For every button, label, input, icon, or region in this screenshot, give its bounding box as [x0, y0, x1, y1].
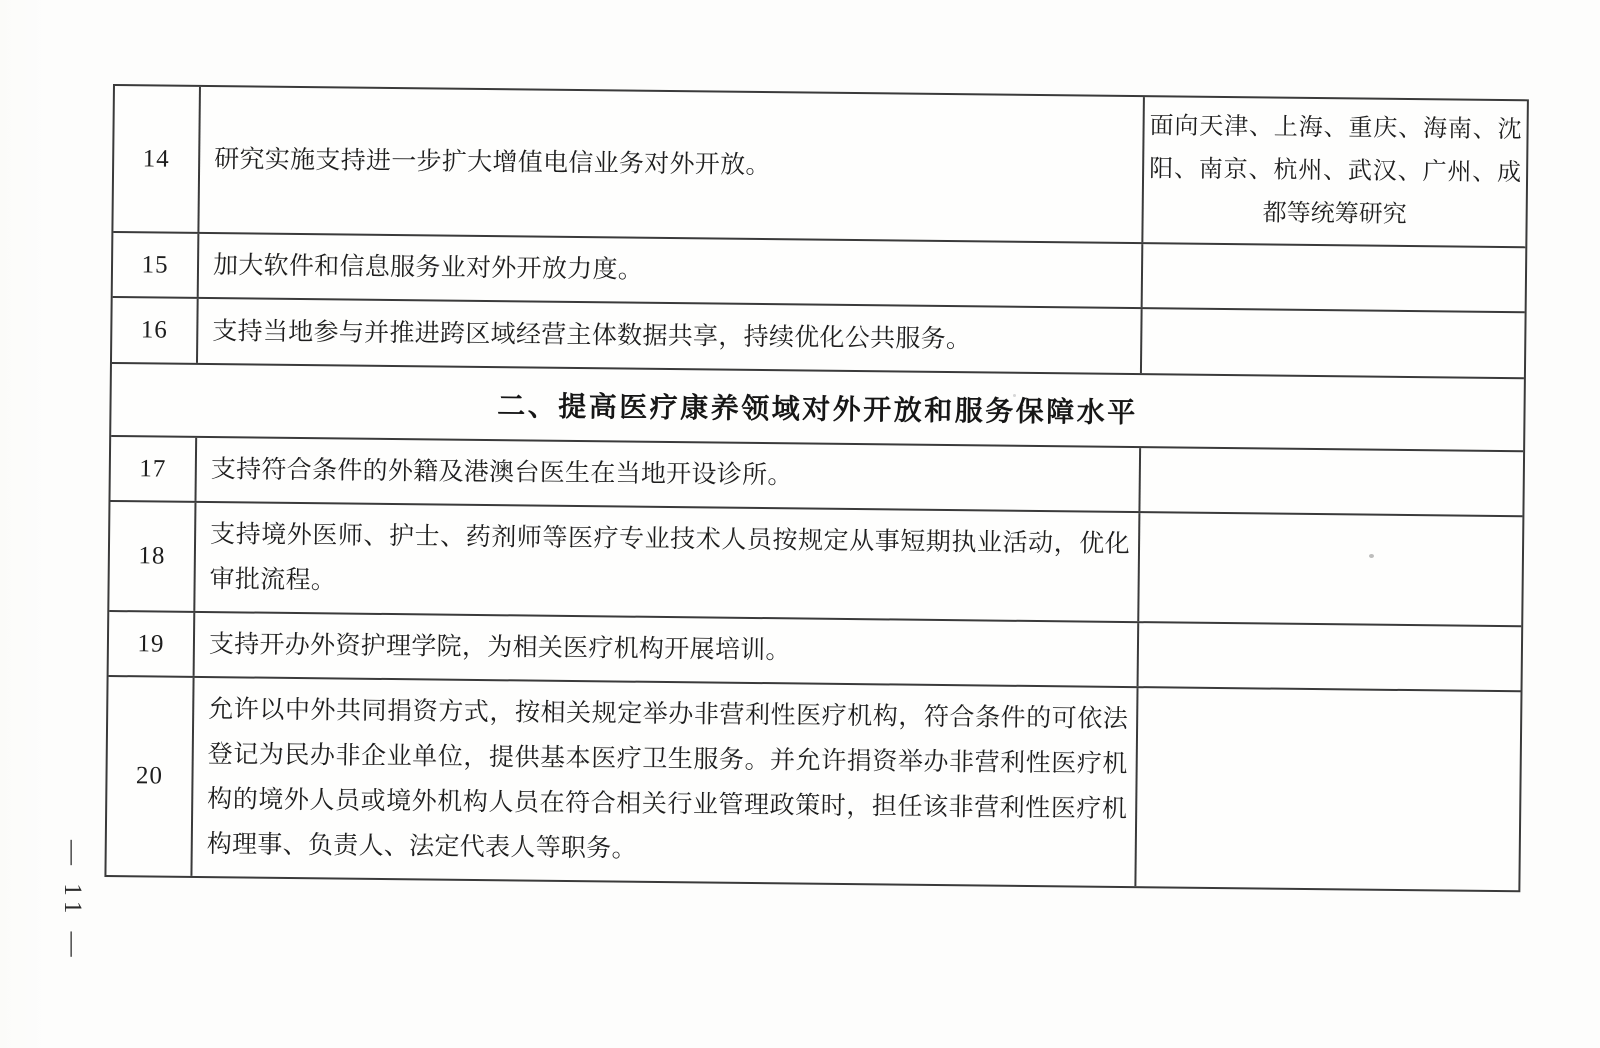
- measure-text: 支持符合条件的外籍及港澳台医生在当地开设诊所。: [211, 447, 1131, 502]
- note-text: [1147, 341, 1519, 345]
- measure-cell: 支持当地参与并推进跨区域经营主体数据共享，持续优化公共服务。: [198, 299, 1143, 373]
- note-cell: [1142, 309, 1525, 377]
- note-cell: [1143, 244, 1526, 311]
- table-row: 14 研究实施支持进一步扩大增值电信业务对外开放。 面向天津、上海、重庆、海南、…: [113, 86, 1526, 246]
- scan-speck: [1369, 554, 1374, 558]
- table-row: 18 支持境外医师、护士、药剂师等医疗专业技术人员按规定从事短期执业活动，优化审…: [109, 500, 1522, 625]
- note-text: [1146, 480, 1518, 484]
- row-number-cell: 16: [112, 298, 199, 363]
- row-number-cell: 15: [113, 233, 200, 297]
- measure-text: 支持开办外资护理学院，为相关医疗机构开展培训。: [209, 622, 1129, 677]
- note-cell: [1140, 448, 1523, 515]
- page-number: — 11 —: [58, 840, 86, 963]
- measure-cell: 研究实施支持进一步扩大增值电信业务对外开放。: [199, 87, 1145, 242]
- row-number-cell: 20: [106, 677, 194, 876]
- measure-text: 允许以中外共同捐资方式，按相关规定举办非营利性医疗机构，符合条件的可依法登记为民…: [207, 687, 1129, 877]
- measure-text: 研究实施支持进一步扩大增值电信业务对外开放。: [214, 137, 1134, 192]
- scan-speck: [1013, 394, 1016, 397]
- row-number-cell: 14: [113, 86, 201, 232]
- measure-cell: 支持开办外资护理学院，为相关医疗机构开展培训。: [195, 613, 1140, 686]
- row-number-cell: 17: [110, 437, 197, 501]
- note-text: 面向天津、上海、重庆、海南、沈阳、南京、杭州、武汉、广州、成都等统筹研究: [1148, 105, 1521, 238]
- measure-cell: 支持境外医师、护士、药剂师等医疗专业技术人员按规定从事短期执业活动，优化审批流程…: [195, 503, 1140, 621]
- row-number-cell: 19: [109, 612, 196, 676]
- table-row: 20 允许以中外共同捐资方式，按相关规定举办非营利性医疗机构，符合条件的可依法登…: [106, 675, 1520, 890]
- row-number-cell: 18: [109, 502, 196, 611]
- measures-table: 14 研究实施支持进一步扩大增值电信业务对外开放。 面向天津、上海、重庆、海南、…: [104, 84, 1528, 892]
- note-cell: 面向天津、上海、重庆、海南、沈阳、南京、杭州、武汉、广州、成都等统筹研究: [1143, 97, 1527, 246]
- note-text: [1142, 787, 1514, 791]
- measure-text: 支持境外医师、护士、药剂师等医疗专业技术人员按规定从事短期执业活动，优化审批流程…: [209, 512, 1130, 612]
- measure-cell: 支持符合条件的外籍及港澳台医生在当地开设诊所。: [196, 438, 1141, 511]
- note-cell: [1139, 513, 1522, 625]
- note-text: [1148, 276, 1520, 280]
- measure-text: 支持当地参与并推进跨区域经营主体数据共享，持续优化公共服务。: [212, 309, 1132, 364]
- measure-text: 加大软件和信息服务业对外开放力度。: [213, 243, 1133, 298]
- measure-cell: 加大软件和信息服务业对外开放力度。: [199, 234, 1144, 307]
- scanned-document-page: 14 研究实施支持进一步扩大增值电信业务对外开放。 面向天津、上海、重庆、海南、…: [0, 0, 1600, 1048]
- note-text: [1144, 655, 1516, 659]
- note-text: [1145, 567, 1517, 571]
- section-header-title: 二、提高医疗康养领域对外开放和服务保障水平: [497, 384, 1138, 431]
- measure-cell: 允许以中外共同捐资方式，按相关规定举办非营利性医疗机构，符合条件的可依法登记为民…: [192, 678, 1138, 886]
- note-cell: [1139, 623, 1522, 690]
- note-cell: [1136, 688, 1520, 890]
